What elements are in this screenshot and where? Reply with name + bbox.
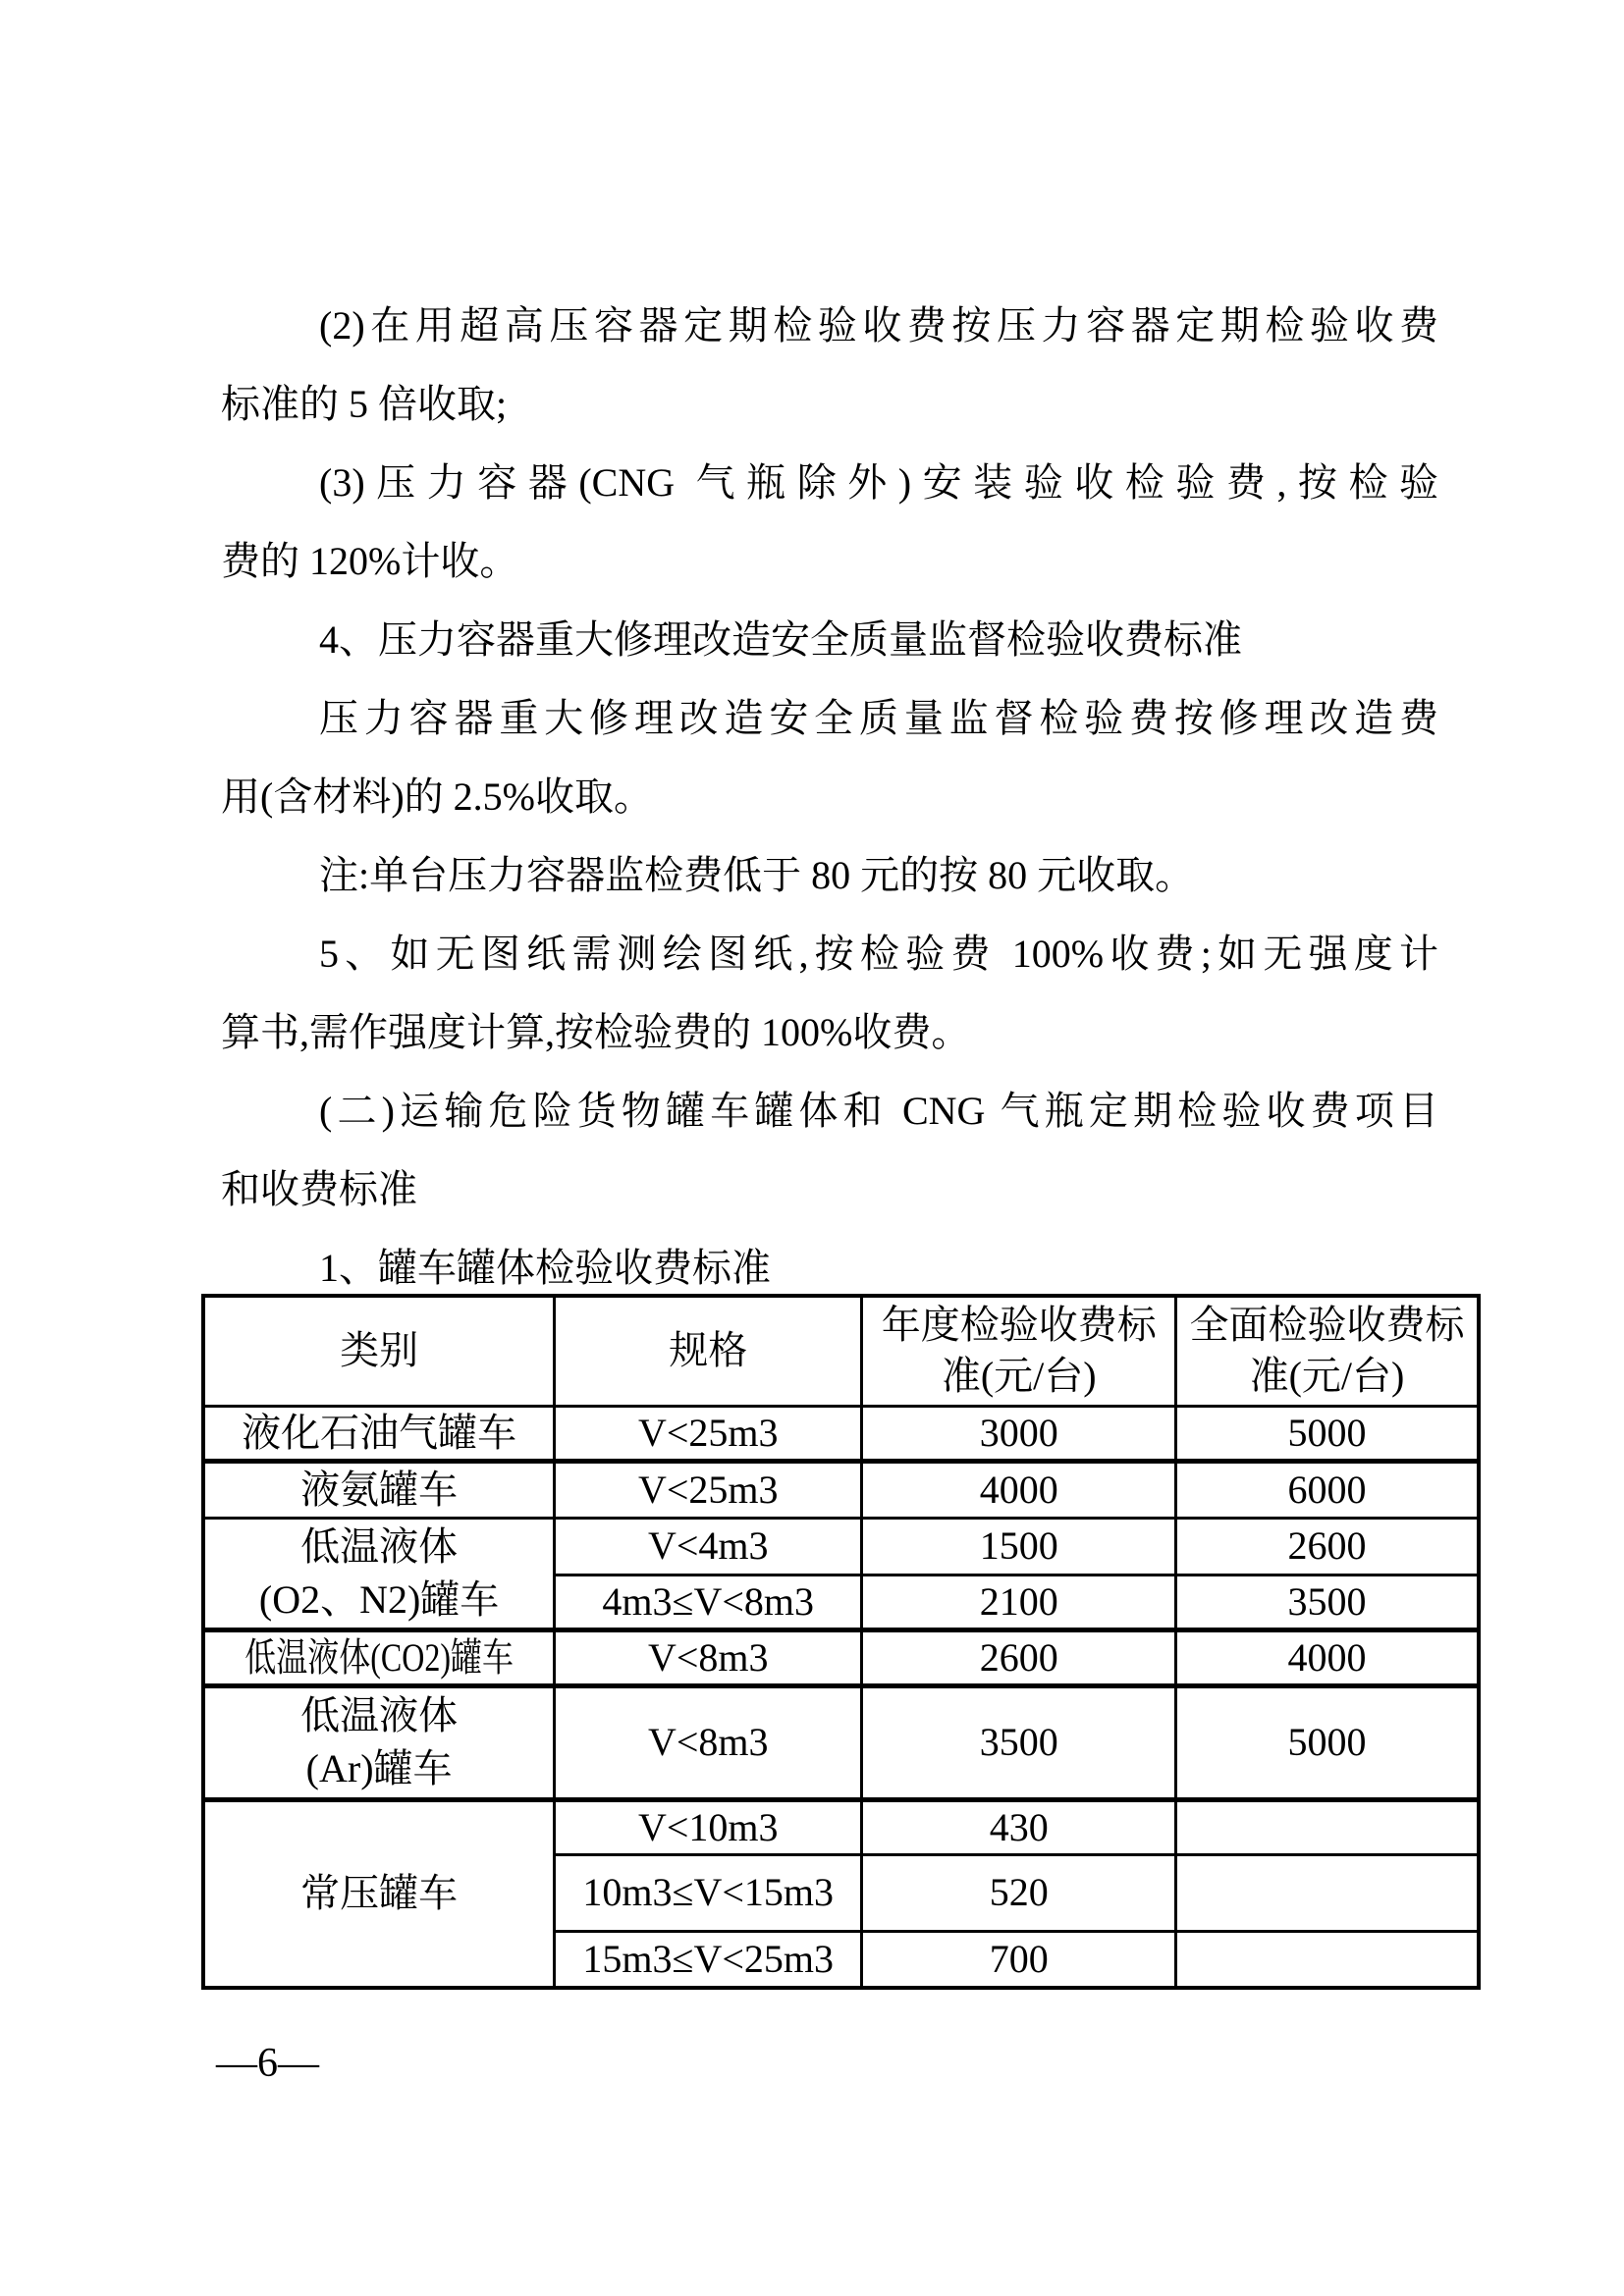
cell-spec: V<25m3 <box>555 1406 862 1461</box>
cell-full: 5000 <box>1176 1406 1479 1461</box>
cell-full: 6000 <box>1176 1461 1479 1518</box>
cell-full: 3500 <box>1176 1575 1479 1629</box>
cell-annual: 2600 <box>862 1629 1176 1685</box>
table-row: 常压罐车 V<10m3 430 <box>203 1799 1479 1854</box>
text-line: (二)运输危险货物罐车罐体和 CNG 气瓶定期检验收费项目 <box>221 1072 1438 1150</box>
cell-annual: 430 <box>862 1799 1176 1854</box>
cell-spec: V<8m3 <box>555 1685 862 1799</box>
cell-annual: 2100 <box>862 1575 1176 1629</box>
text-line: (3)压力容器(CNG 气瓶除外)安装验收检验费,按检验 <box>221 444 1438 522</box>
cell-spec: V<8m3 <box>555 1629 862 1685</box>
document-page: (2)在用超高压容器定期检验收费按压力容器定期检验收费 标准的 5 倍收取; (… <box>0 0 1624 2296</box>
cell-category: 低温液体(CO2)罐车 <box>203 1629 555 1685</box>
fee-table: 类别 规格 年度检验收费标准(元/台) 全面检验收费标准(元/台) 液化石油气罐… <box>201 1294 1481 1990</box>
cell-full <box>1176 1931 1479 1988</box>
cell-spec: V<4m3 <box>555 1518 862 1575</box>
cell-annual: 1500 <box>862 1518 1176 1575</box>
cell-category-text: 低温液体(CO2)罐车 <box>244 1634 514 1682</box>
header-spec: 规格 <box>555 1296 862 1406</box>
text-line: 4、压力容器重大修理改造安全质量监督检验收费标准 <box>221 601 1438 679</box>
cell-full <box>1176 1799 1479 1854</box>
body-text: (2)在用超高压容器定期检验收费按压力容器定期检验收费 标准的 5 倍收取; (… <box>221 287 1438 1308</box>
header-full-fee: 全面检验收费标准(元/台) <box>1176 1296 1479 1406</box>
header-annual-fee: 年度检验收费标准(元/台) <box>862 1296 1176 1406</box>
table-row: 低温液体 (Ar)罐车 V<8m3 3500 5000 <box>203 1685 1479 1799</box>
text-line: 压力容器重大修理改造安全质量监督检验费按修理改造费 <box>221 679 1438 758</box>
text-line: 标准的 5 倍收取; <box>221 365 1438 444</box>
cell-spec: 4m3≤V<8m3 <box>555 1575 862 1629</box>
cell-category: 低温液体 (O2、N2)罐车 <box>203 1518 555 1629</box>
text-line: 算书,需作强度计算,按检验费的 100%收费。 <box>221 993 1438 1072</box>
page-number: —6— <box>216 2034 319 2093</box>
text-line: 费的 120%计收。 <box>221 522 1438 601</box>
cell-spec: V<10m3 <box>555 1799 862 1854</box>
cell-category: 液氨罐车 <box>203 1461 555 1518</box>
cell-full <box>1176 1854 1479 1931</box>
cell-category: 液化石油气罐车 <box>203 1406 555 1461</box>
cell-full: 4000 <box>1176 1629 1479 1685</box>
text-line: 注:单台压力容器监检费低于 80 元的按 80 元收取。 <box>221 836 1438 915</box>
table-row: 低温液体(CO2)罐车 V<8m3 2600 4000 <box>203 1629 1479 1685</box>
table-row: 低温液体 (O2、N2)罐车 V<4m3 1500 2600 <box>203 1518 1479 1575</box>
table-row: 液化石油气罐车 V<25m3 3000 5000 <box>203 1406 1479 1461</box>
cell-spec: V<25m3 <box>555 1461 862 1518</box>
cell-annual: 4000 <box>862 1461 1176 1518</box>
cell-category: 低温液体 (Ar)罐车 <box>203 1685 555 1799</box>
cell-annual: 3500 <box>862 1685 1176 1799</box>
text-line: (2)在用超高压容器定期检验收费按压力容器定期检验收费 <box>221 287 1438 365</box>
text-line: 和收费标准 <box>221 1150 1438 1229</box>
table-row: 液氨罐车 V<25m3 4000 6000 <box>203 1461 1479 1518</box>
cell-spec: 15m3≤V<25m3 <box>555 1931 862 1988</box>
cell-category: 常压罐车 <box>203 1799 555 1988</box>
text-line: 用(含材料)的 2.5%收取。 <box>221 758 1438 836</box>
cell-spec: 10m3≤V<15m3 <box>555 1854 862 1931</box>
header-category: 类别 <box>203 1296 555 1406</box>
table-header-row: 类别 规格 年度检验收费标准(元/台) 全面检验收费标准(元/台) <box>203 1296 1479 1406</box>
cell-annual: 3000 <box>862 1406 1176 1461</box>
cell-annual: 700 <box>862 1931 1176 1988</box>
text-line: 5、如无图纸需测绘图纸,按检验费 100%收费;如无强度计 <box>221 915 1438 993</box>
cell-full: 5000 <box>1176 1685 1479 1799</box>
cell-full: 2600 <box>1176 1518 1479 1575</box>
cell-annual: 520 <box>862 1854 1176 1931</box>
